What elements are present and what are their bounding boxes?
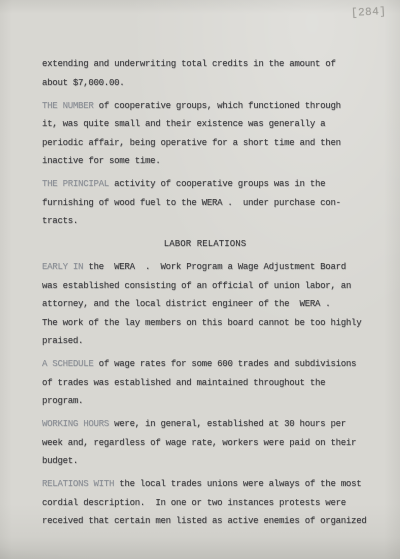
typewritten-text-block: extending and underwriting total credits… [42, 55, 368, 535]
text-line: extending and underwriting total credits… [42, 55, 368, 74]
paragraph-lead: THE PRINCIPAL [42, 179, 109, 189]
text-run: activity of cooperative groups was in th… [109, 179, 325, 189]
paragraph-lead: RELATIONS WITH [42, 479, 114, 489]
text-line: A SCHEDULE of wage rates for some 600 tr… [42, 355, 368, 374]
text-line: budget. [42, 452, 368, 471]
text-run: the local trades unions were always of t… [114, 479, 361, 489]
text-line: praised. [42, 332, 368, 351]
paragraph-lead: THE NUMBER [42, 101, 94, 111]
handwritten-page-number: [284] [351, 6, 387, 20]
scanned-page: [284] extending and underwriting total c… [0, 0, 400, 559]
text-line: of trades was established and maintained… [42, 374, 368, 393]
text-line: about $7,000.00. [42, 74, 368, 93]
text-line: THE NUMBER of cooperative groups, which … [42, 97, 368, 116]
text-line: periodic affair, being operative for a s… [42, 134, 368, 153]
text-line: cordial description. In one or two insta… [42, 494, 368, 513]
paragraph-wage-adjustment-board: EARLY IN the WERA . Work Program a Wage … [42, 258, 368, 351]
text-line: RELATIONS WITH the local trades unions w… [42, 475, 368, 494]
paragraph-principal-activity: THE PRINCIPAL activity of cooperative gr… [42, 175, 368, 231]
text-run: were, in general, established at 30 hour… [109, 419, 346, 429]
text-line: attorney, and the local district enginee… [42, 295, 368, 314]
text-line: was established consisting of an officia… [42, 277, 368, 296]
section-heading-labor-relations: LABOR RELATIONS [42, 235, 368, 254]
text-line: furnishing of wood fuel to the WERA . un… [42, 194, 368, 213]
text-line: received that certain men listed as acti… [42, 512, 368, 531]
text-line: THE PRINCIPAL activity of cooperative gr… [42, 175, 368, 194]
paragraph-credits: extending and underwriting total credits… [42, 55, 368, 92]
paragraph-lead: A SCHEDULE [42, 359, 94, 369]
text-line: it, was quite small and their existence … [42, 115, 368, 134]
paragraph-lead: EARLY IN [42, 262, 83, 272]
text-line: week and, regardless of wage rate, worke… [42, 434, 368, 453]
text-run: extending and underwriting total credits… [42, 59, 336, 69]
paragraph-trade-union-relations: RELATIONS WITH the local trades unions w… [42, 475, 368, 531]
text-line: The work of the lay members on this boar… [42, 314, 368, 333]
text-line: inactive for some time. [42, 152, 368, 171]
text-run: the WERA . Work Program a Wage Adjustmen… [83, 262, 346, 272]
text-run: of cooperative groups, which functioned … [94, 101, 341, 111]
text-line: WORKING HOURS were, in general, establis… [42, 415, 368, 434]
paragraph-working-hours: WORKING HOURS were, in general, establis… [42, 415, 368, 471]
text-run: of wage rates for some 600 trades and su… [94, 359, 357, 369]
paragraph-number-of-groups: THE NUMBER of cooperative groups, which … [42, 97, 368, 171]
text-line: program. [42, 392, 368, 411]
paragraph-lead: WORKING HOURS [42, 419, 109, 429]
text-line: tracts. [42, 212, 368, 231]
paragraph-wage-schedule: A SCHEDULE of wage rates for some 600 tr… [42, 355, 368, 411]
text-line: EARLY IN the WERA . Work Program a Wage … [42, 258, 368, 277]
